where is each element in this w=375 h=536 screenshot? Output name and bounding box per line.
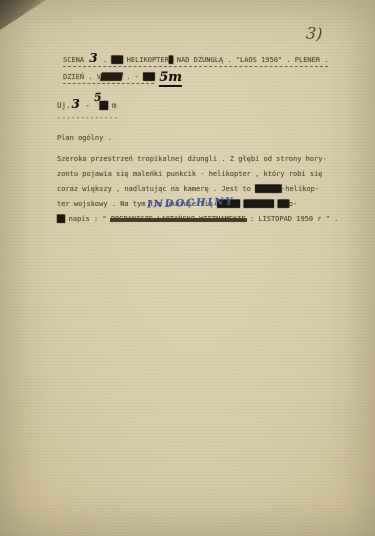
scene-header-line-1: SCENA 3 . ███ HELIKOPTER█ NAD DŻUNGLĄ . … (63, 52, 328, 67)
typed-text: . - (122, 73, 143, 81)
handwritten-annotation-indochiny: INDOCHINY (147, 194, 235, 212)
handwritten-correction: 5 (94, 91, 100, 104)
typed-text: coraz większy , nadlatując na kamerę . J… (57, 185, 255, 193)
typed-text: -helikop- (281, 185, 319, 193)
paragraph-line: Szeroka przestrzeń tropikalnej dżungli .… (57, 152, 357, 167)
handwritten-correction: 3 (71, 97, 81, 111)
ink-blackout: ███ (278, 200, 289, 208)
typed-text: HELIKOPTER (122, 56, 168, 64)
scene-header: SCENA 3 . ███ HELIKOPTER█ NAD DŻUNGLĄ . … (63, 52, 328, 85)
scene-description-paragraph: Szeroka przestrzeń tropikalnej dżungli .… (57, 152, 357, 227)
ink-blackout: ███ (111, 56, 122, 64)
scene-header-line-2: DZIEŃ . V█████ . - ███ (63, 73, 154, 84)
shot-type-line: Plan ogólny . (57, 134, 112, 142)
paragraph-line: zontu pojawia się maleńki punkcik - heli… (57, 167, 357, 182)
typed-text: zontu pojawia się maleńki punkcik - heli… (57, 170, 323, 178)
typed-text: Szeroka przestrzeń tropikalnej dżungli .… (57, 155, 327, 163)
ink-blackout: ███████ (255, 185, 281, 193)
page-number: 3) (305, 23, 323, 43)
typed-text: - (81, 101, 95, 110)
paragraph-line: ██ napis : " POGRANICZE-LAOTAŃSKO-WIETNA… (57, 212, 357, 227)
ink-blackout: ████████ (244, 200, 274, 208)
ink-blackout: ███ (143, 73, 154, 81)
typed-text: SCENA (63, 56, 88, 64)
typed-text: . (99, 56, 112, 64)
typed-text: Uj. (57, 101, 71, 110)
typed-text: NAD DŻUNGLĄ . "LAOS 1950" . PLENER . (173, 56, 329, 64)
typed-text: napis : " (64, 215, 110, 223)
page-corner-shadow (0, 0, 46, 30)
typed-text: DZIEŃ . V (63, 73, 101, 81)
struck-through-text: POGRANICZE-LAOTAŃSKO-WIETNAMSKIE (111, 215, 246, 223)
shot-dashes-rule: ------------- (57, 114, 118, 122)
handwritten-correction: 3 (88, 51, 98, 65)
typed-text: : LISTOPAD 1950 r " . (246, 215, 339, 223)
typed-text: m (107, 101, 116, 110)
ink-scribble: █████ (100, 73, 122, 81)
typed-text: o- (289, 200, 297, 208)
scanned-script-page: 3) SCENA 3 . ███ HELIKOPTER█ NAD DŻUNGLĄ… (0, 0, 375, 536)
handwritten-5m: 5m (159, 70, 182, 87)
shot-number-block: Uj.3 - 5██ m ------------- (57, 98, 118, 122)
shot-number-line: Uj.3 - 5██ m (57, 98, 118, 111)
